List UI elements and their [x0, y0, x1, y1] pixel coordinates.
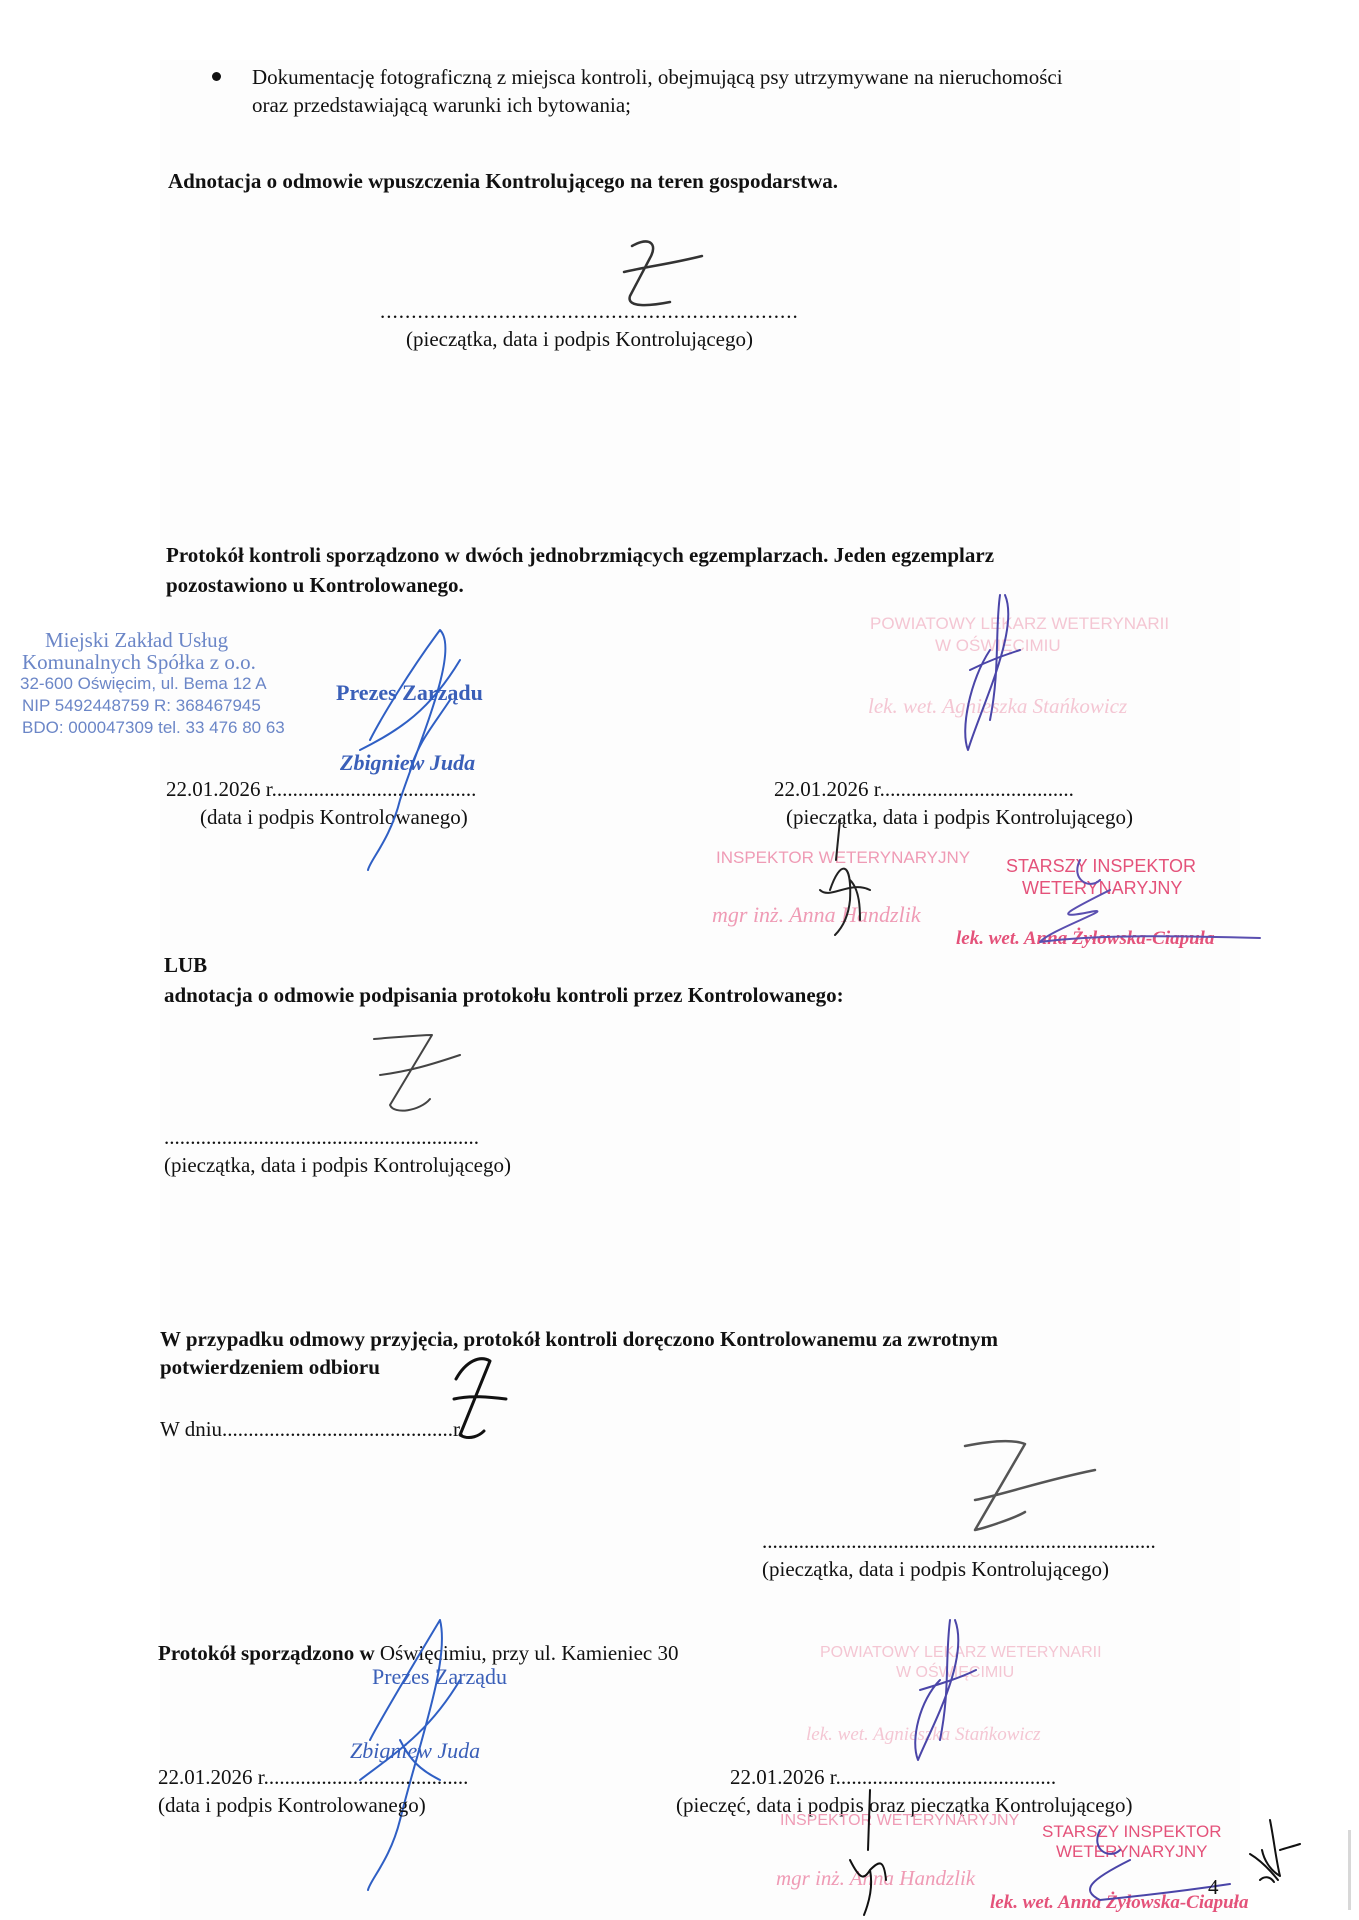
district-vet-stamp-line-1: POWIATOWY LEKARZ WETERYNARII — [870, 614, 1169, 634]
district-vet-stamp-2-line-1: POWIATOWY LEKARZ WETERYNARII — [820, 1644, 1102, 1662]
refusal-entry-caption: (pieczątka, data i podpis Kontrolującego… — [406, 326, 753, 352]
company-stamp-line-5: BDO: 000047309 tel. 33 476 80 63 — [22, 718, 285, 738]
district-vet-stamp-2-line-2: W OŚWIĘCIMIU — [896, 1664, 1014, 1682]
sign1-left-date: 22.01.2026 r............................… — [166, 776, 476, 802]
delivery-line-2: potwierdzeniem odbioru — [160, 1354, 380, 1380]
president-stamp-title-2: Prezes Zarządu — [372, 1664, 507, 1690]
sign2-right-date: 22.01.2026 r............................… — [730, 1764, 1056, 1790]
page-edge-shadow — [1348, 1830, 1351, 1910]
place-line-rest: Oświęcimiu, przy ul. Kamieniec 30 — [375, 1641, 679, 1665]
company-stamp-line-4: NIP 5492448759 R: 368467945 — [22, 696, 261, 716]
delivery-caption: (pieczątka, data i podpis Kontrolującego… — [762, 1556, 1109, 1582]
or-label: LUB — [164, 952, 207, 978]
copies-line-1: Protokół kontroli sporządzono w dwóch je… — [166, 542, 994, 568]
senior-inspector-stamp-line-1: STARSZY INSPEKTOR — [1006, 856, 1196, 877]
signature-initials — [1240, 1820, 1300, 1890]
sign1-left-caption: (data i podpis Kontrolowanego) — [200, 804, 468, 830]
place-line-bold: Protokół sporządzono w — [158, 1641, 375, 1665]
delivery-date: W dniu..................................… — [160, 1416, 464, 1442]
refusal-sign-heading: adnotacja o odmowie podpisania protokołu… — [164, 982, 844, 1008]
district-vet-stamp-2-name: lek. wet. Agnieszka Stańkowicz — [806, 1724, 1040, 1746]
refusal-entry-signature-line: ........................................… — [380, 298, 799, 324]
inspector-stamp-2-title: INSPEKTOR WETERYNARYJNY — [780, 1812, 1019, 1830]
refusal-sign-line: ........................................… — [164, 1124, 479, 1150]
district-vet-stamp-line-2: W OŚWIĘCIMIU — [935, 636, 1061, 656]
president-stamp-title: Prezes Zarządu — [336, 680, 483, 706]
senior-inspector-stamp-line-2: WETERYNARYJNY — [1022, 878, 1182, 899]
page-number: 4 — [1208, 1874, 1219, 1900]
copies-line-2: pozostawiono u Kontrolowanego. — [166, 572, 464, 598]
delivery-signature-line: ........................................… — [762, 1528, 1156, 1554]
inspector-stamp-name: mgr inż. Anna Handzlik — [712, 902, 921, 928]
refusal-sign-caption: (pieczątka, data i podpis Kontrolującego… — [164, 1152, 511, 1178]
bullet-line-2: oraz przedstawiającą warunki ich bytowan… — [252, 92, 631, 118]
inspector-stamp-title: INSPEKTOR WETERYNARYJNY — [716, 848, 970, 868]
president-stamp-name-2: Zbigniew Juda — [350, 1738, 480, 1764]
senior-inspector-stamp-name: lek. wet. Anna Żyłowska-Ciapuła — [956, 928, 1214, 950]
company-stamp-line-2: Komunalnych Spółka z o.o. — [22, 650, 256, 675]
senior-inspector-stamp-2-line-1: STARSZY INSPEKTOR — [1042, 1822, 1222, 1842]
senior-inspector-stamp-2-line-2: WETERYNARYJNY — [1056, 1842, 1207, 1862]
president-stamp-name: Zbigniew Juda — [340, 750, 475, 776]
sign1-right-date: 22.01.2026 r............................… — [774, 776, 1074, 802]
sign1-right-caption: (pieczątka, data i podpis Kontrolującego… — [786, 804, 1133, 830]
bullet-line-1: Dokumentację fotograficzną z miejsca kon… — [252, 64, 1063, 90]
company-stamp-line-3: 32-600 Oświęcim, ul. Bema 12 A — [20, 674, 267, 694]
sign2-left-date: 22.01.2026 r............................… — [158, 1764, 468, 1790]
sign2-left-caption: (data i podpis Kontrolowanego) — [158, 1792, 426, 1818]
refusal-entry-heading: Adnotacja o odmowie wpuszczenia Kontrolu… — [168, 168, 838, 194]
district-vet-stamp-name: lek. wet. Agnieszka Stańkowicz — [868, 694, 1127, 719]
place-line: Protokół sporządzono w Oświęcimiu, przy … — [158, 1640, 678, 1666]
bullet-icon — [212, 72, 221, 81]
delivery-line-1: W przypadku odmowy przyjęcia, protokół k… — [160, 1326, 998, 1352]
inspector-stamp-2-name: mgr inż. Anna Handzlik — [776, 1866, 975, 1891]
